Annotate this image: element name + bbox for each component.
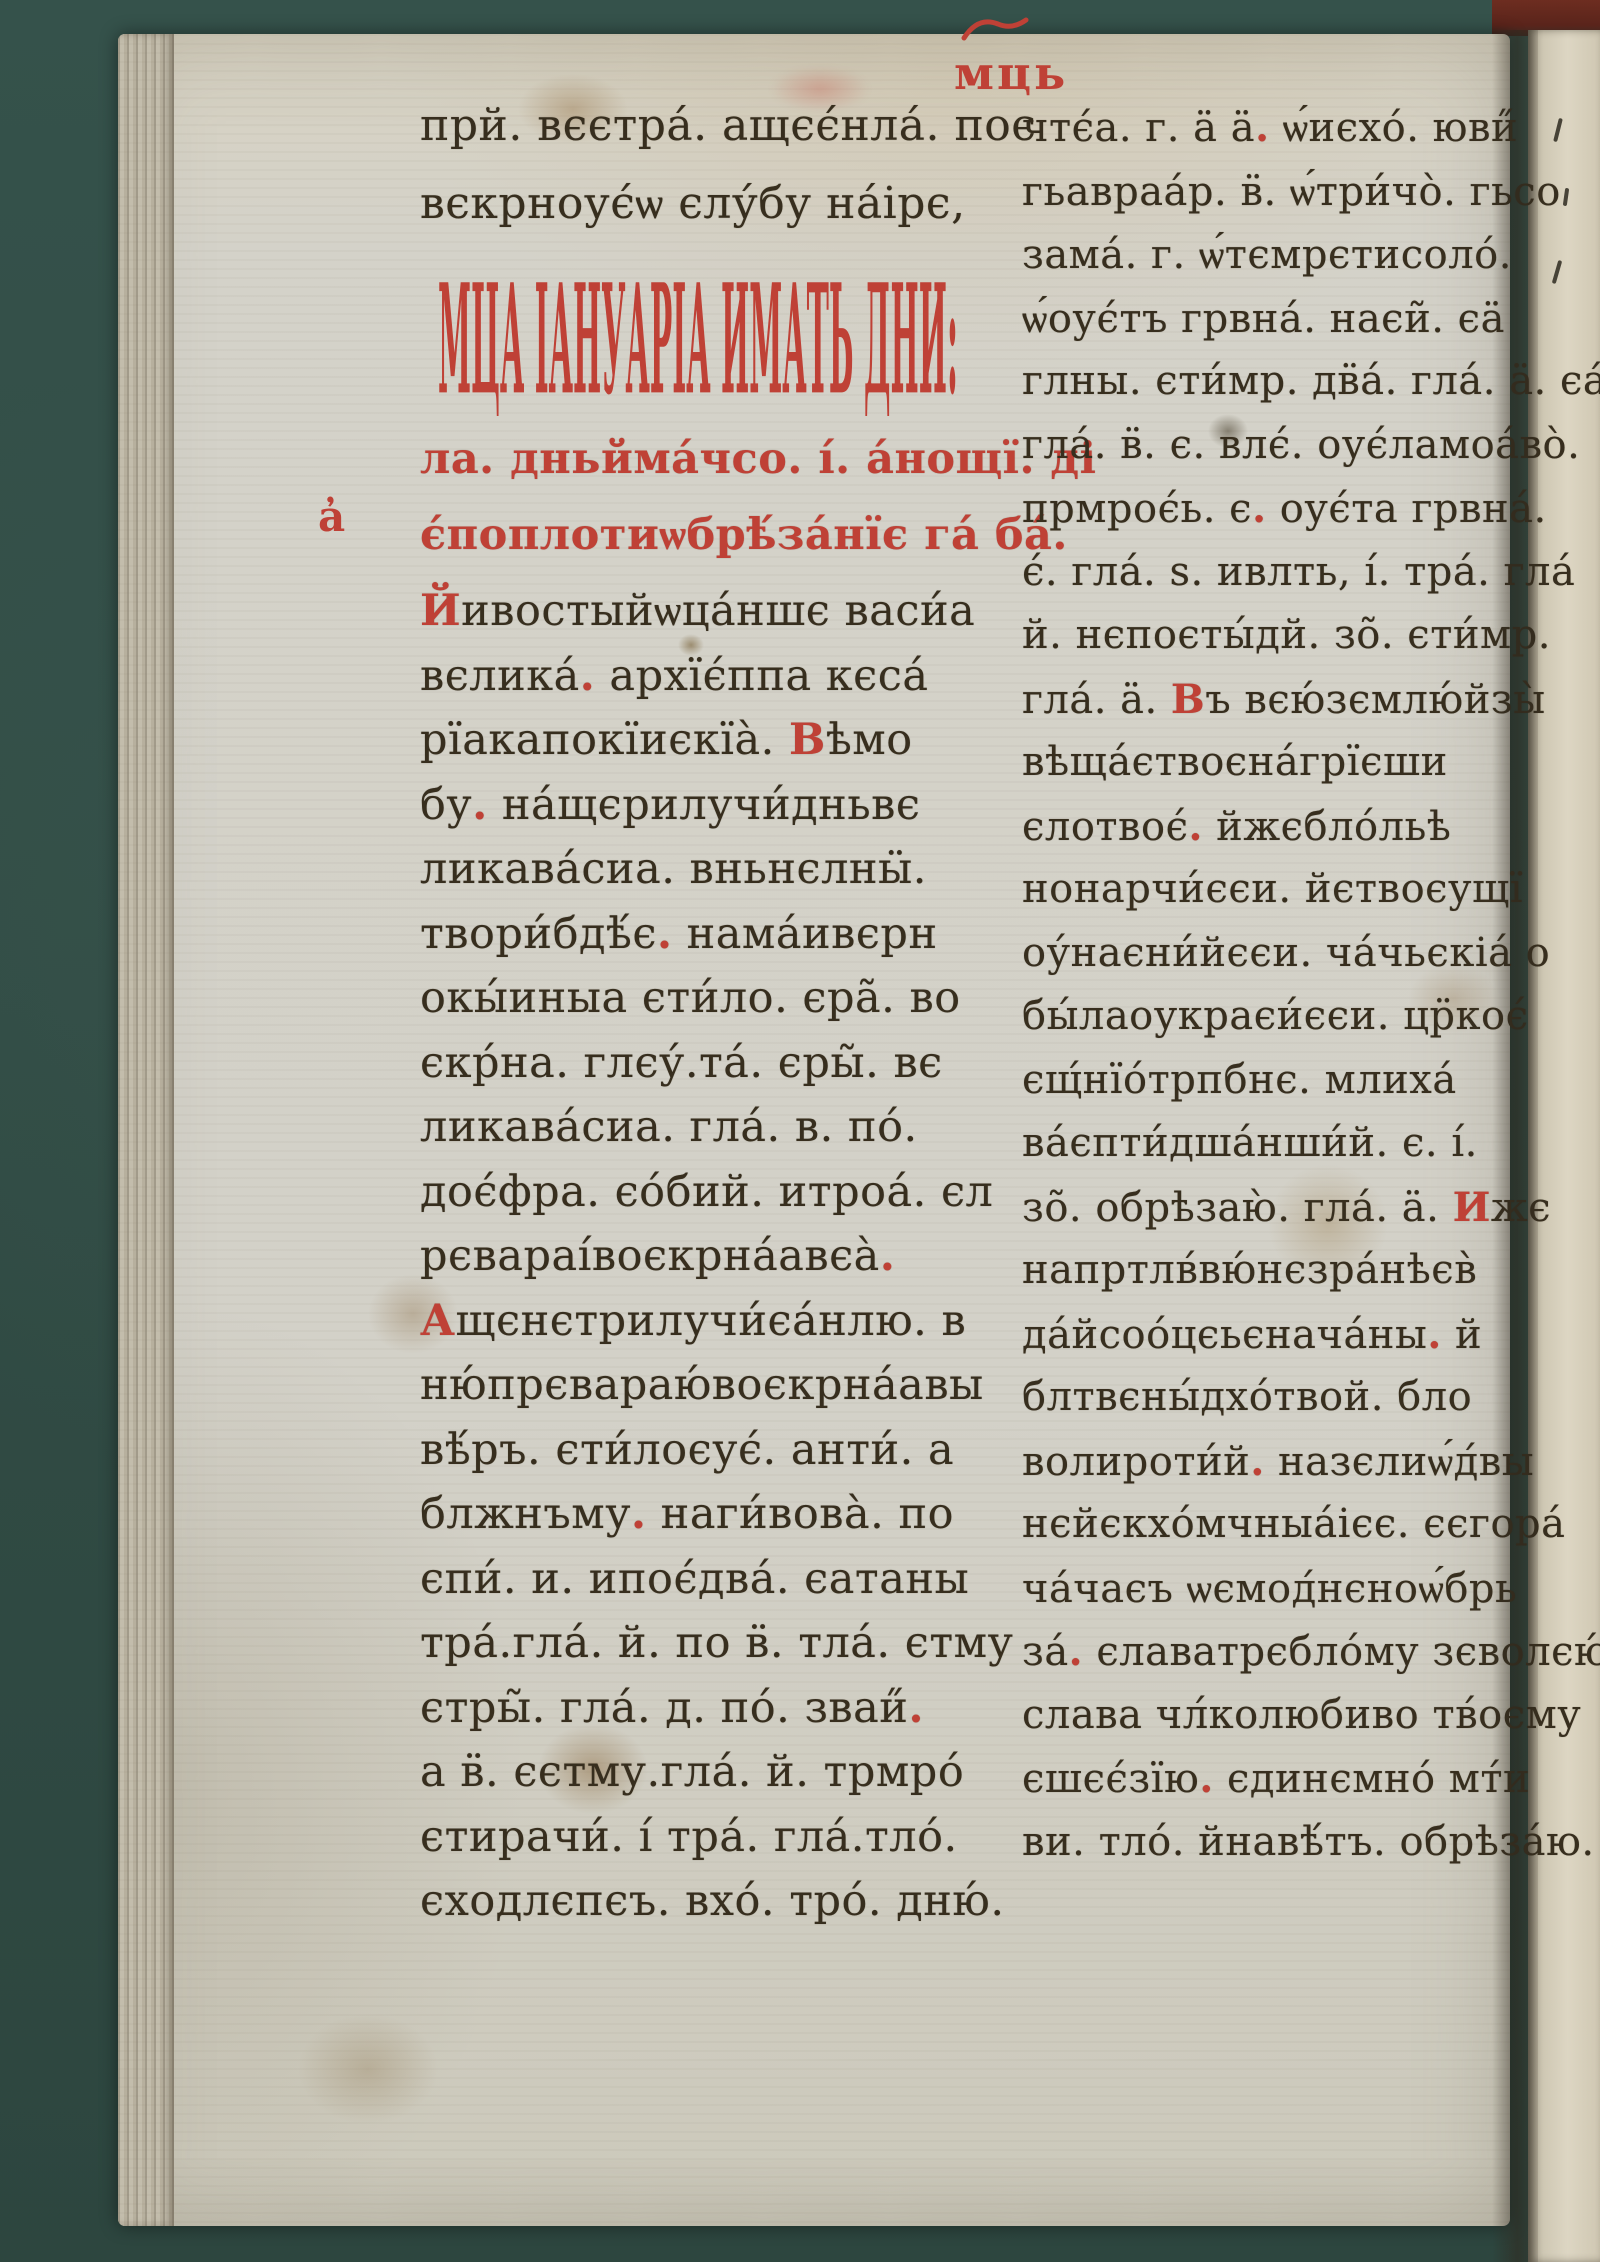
rubric-text: є́поплотиѡбрѣ́за́нїє га́ ба́. <box>420 510 1068 560</box>
rubric-text: . <box>1199 1755 1213 1802</box>
manuscript-line: блжнъму. наги́вова̀. по <box>420 1489 980 1554</box>
manuscript-line: ла. дньйма́чсо. і́. а́нощї. ді <box>420 434 980 510</box>
pen-mark <box>1553 118 1563 142</box>
rubric-text: . <box>657 909 672 959</box>
manuscript-line: є́поплотиѡбрѣ́за́нїє га́ ба́. <box>420 510 980 586</box>
ink-text: блтвєны́дхо́твой. бло <box>1022 1374 1472 1420</box>
ink-text: вєкрноує́ѡ єлу́бу на́ірє, <box>420 178 966 229</box>
ink-text: зама́. г. ѡ́тємрєтисоло́. <box>1022 232 1512 278</box>
ink-text: гьавраа́р. в̈. ѡ́три́чо̀. гьсо <box>1022 169 1561 215</box>
ink-text: гла́. ӓ. <box>1022 677 1171 723</box>
ink-text: єкр́на. глєу́.та́. єры̃. вє <box>420 1038 943 1088</box>
ink-text: блжнъму <box>420 1489 631 1539</box>
rubric-text: . <box>908 1683 923 1733</box>
rubric-text: . <box>1252 485 1266 532</box>
header-rubric: мць <box>954 46 1068 100</box>
rubric-text: . <box>1255 104 1269 151</box>
ink-text: за́ <box>1022 1629 1069 1675</box>
stain <box>298 2014 438 2124</box>
ink-text: єдинємно́ мт́и <box>1214 1756 1530 1802</box>
manuscript-line: ви. тло́. йнавѣ́тъ. обрѣза́ю. <box>1022 1819 1522 1883</box>
ink-text: єходлєпєъ. вхо́. тро́. дню́. <box>420 1876 1005 1926</box>
titlo-flourish <box>960 14 1030 44</box>
ink-text: прй. вєєтра́. ащєє́нла́. поє <box>420 100 1036 151</box>
manuscript-line: окы́иныа єти́ло. єра̃. во <box>420 973 980 1038</box>
photo-background: мць МЦА ІАНУАРІА ИМАТЬ ДНИ: а̓ прй. вєєт… <box>0 0 1600 2262</box>
ink-text: ва́єпти́дша́нши́й. є. і́. <box>1022 1120 1478 1166</box>
manuscript-line: ню́прєвараю́воєкрна́авы <box>420 1360 980 1425</box>
rubric-text: ла. дньйма́чсо. і́. а́нощї. ді <box>420 434 1096 484</box>
rubric-text: . <box>1189 803 1203 850</box>
manuscript-line: блтвєны́дхо́твой. бло <box>1022 1374 1522 1438</box>
ink-text: прмроє́ь. є <box>1022 486 1252 532</box>
ink-text: єшєє́зїю <box>1022 1756 1199 1802</box>
ink-text: йжєбло́льѣ <box>1203 804 1451 850</box>
manuscript-line: Йивостыйѡца́ншє васи́а <box>420 586 980 651</box>
gutter-shadow <box>1492 30 1538 2262</box>
manuscript-line: за́. єлаватрєбло́му зєволєю́. <box>1022 1628 1522 1692</box>
manuscript-line: єщ́нїо́трпбнє. млиха́ <box>1022 1057 1522 1121</box>
ink-text: єпи́. и. ипоє́два́. єатаны <box>420 1554 969 1604</box>
ink-text: да́йсоо́цєьєнача́ны <box>1022 1312 1427 1358</box>
manuscript-line: ликава́сиа. вньнєлнӹ. <box>420 844 980 909</box>
ink-text: щєнєтрилучи́єа́нлю. в <box>456 1296 967 1346</box>
manuscript-line: слава чл́колюбиво тв́оєму <box>1022 1692 1522 1756</box>
ink-text: а в̈. єєтму.гла́. й. трмро́ <box>420 1747 964 1797</box>
rubric-text: . <box>631 1489 646 1539</box>
rubric-text: . <box>1250 1438 1264 1485</box>
manuscript-line: єшєє́зїю. єдинємно́ мт́и <box>1022 1755 1522 1819</box>
rubric-text: . <box>1427 1311 1441 1358</box>
manuscript-line: вєлика́. архїє́ппа кєса́ <box>420 651 980 716</box>
manuscript-line: єходлєпєъ. вхо́. тро́. дню́. <box>420 1876 980 1941</box>
rubric-text: А <box>420 1296 456 1346</box>
rubric-text: Й <box>420 586 461 636</box>
manuscript-line: єтры̃. гла́. д. по́. зваи̋. <box>420 1683 980 1748</box>
manuscript-line: є́. гла́. ѕ. ивлть, і́. тра́. гла́ <box>1022 549 1522 613</box>
page-edge-stack <box>118 34 174 2226</box>
ink-text: бу <box>420 780 472 830</box>
ink-text: наги́вова̀. по <box>647 1489 954 1539</box>
rubric-text: В <box>1171 676 1205 723</box>
manuscript-line: зо̃. обрѣзаю̀. гла́. ӓ. Ижє <box>1022 1184 1522 1248</box>
rubric-text: И <box>1453 1184 1491 1231</box>
ink-text: рїакапокїиєкїа̀. <box>420 715 789 765</box>
manuscript-line: гла́. ӓ. Въ вєю́зємлю́йзы̀ <box>1022 676 1522 740</box>
manuscript-line: а в̈. єєтму.гла́. й. трмро́ <box>420 1747 980 1812</box>
ink-text: й <box>1442 1312 1482 1358</box>
right-column: чтє́а. г. ӓ ӓ. ѡ́иєхо́. юви̋гьавраа́р. в… <box>1022 104 1522 1882</box>
manuscript-line: рєвараі́воєкрна́авєа̀. <box>420 1231 980 1296</box>
ink-text: єтры̃. гла́. д. по́. зваи̋ <box>420 1683 908 1733</box>
manuscript-line: гьавраа́р. в̈. ѡ́три́чо̀. гьсо <box>1022 168 1522 232</box>
pen-mark <box>1552 260 1562 284</box>
manuscript-line: тра́.гла́. й. по в̈. тла́. єтму <box>420 1618 980 1683</box>
manuscript-line: ча́чаєъ ѡємод́нєноѡ́брь <box>1022 1565 1522 1629</box>
manuscript-line: чтє́а. г. ӓ ӓ. ѡ́иєхо́. юви̋ <box>1022 104 1522 168</box>
manuscript-line: й. нєпоєты́дй. зо̃. єти́мр. <box>1022 612 1522 676</box>
rubric-text: . <box>1069 1628 1083 1675</box>
left-column: прй. вєєтра́. ащєє́нла́. поєвєкрноує́ѡ є… <box>420 100 980 1941</box>
ink-text: нонарчи́єєи. йєтвоєущї <box>1022 866 1523 912</box>
manuscript-line: твори́бдѣ́є. нама́ивєрн <box>420 909 980 974</box>
manuscript-line: єлотвоє́. йжєбло́льѣ <box>1022 803 1522 867</box>
ink-text: волироти́й <box>1022 1439 1250 1485</box>
ink-text: ню́прєвараю́воєкрна́авы <box>420 1360 984 1410</box>
ink-text: оу́наєни́йєєи. ча́чьєкіа́ о <box>1022 930 1550 976</box>
manuscript-line: прмроє́ь. є. оує́та грвна́. <box>1022 485 1522 549</box>
ink-text: ѡ́иєхо́. юви̋ <box>1270 105 1519 151</box>
ink-text: єлотвоє́ <box>1022 804 1189 850</box>
ink-text: нєйєкхо́мчныа́ієє. єєгора́ <box>1022 1501 1566 1547</box>
ink-text: архїє́ппа кєса́ <box>595 651 928 701</box>
manuscript-line: єтирачи́. і́ тра́. гла́.тло́. <box>420 1812 980 1877</box>
ink-text: окы́иныа єти́ло. єра̃. во <box>420 973 961 1023</box>
ink-text: ѡ́оує́тъ грвна́. наєи̃. єӓ <box>1022 296 1505 342</box>
manuscript-line: ликава́сиа. гла́. в. по́. <box>420 1102 980 1167</box>
ink-text: доє́фра. єо́бий. итроа́. єл <box>420 1167 993 1217</box>
ink-text: й. нєпоєты́дй. зо̃. єти́мр. <box>1022 612 1551 658</box>
manuscript-line: вєкрноує́ѡ єлу́бу на́ірє, <box>420 178 980 256</box>
manuscript-line: рїакапокїиєкїа̀. Вѣмо <box>420 715 980 780</box>
manuscript-line: волироти́й. назєлиѡ́д́вы <box>1022 1438 1522 1502</box>
ink-text: чтє́а. г. ӓ ӓ <box>1022 105 1255 151</box>
manuscript-line: нєйєкхо́мчныа́ієє. єєгора́ <box>1022 1501 1522 1565</box>
ink-text: напртлв́вю́нєзра́нѣєв̀ <box>1022 1247 1477 1293</box>
manuscript-line: зама́. г. ѡ́тємрєтисоло́. <box>1022 231 1522 295</box>
manuscript-page: мць МЦА ІАНУАРІА ИМАТЬ ДНИ: а̓ прй. вєєт… <box>118 34 1510 2226</box>
manuscript-line: вѣща́єтвоєна́грїєши <box>1022 739 1522 803</box>
manuscript-line: доє́фра. єо́бий. итроа́. єл <box>420 1167 980 1232</box>
margin-initial: а̓ <box>318 492 345 541</box>
manuscript-line: оу́наєни́йєєи. ча́чьєкіа́ о <box>1022 930 1522 994</box>
manuscript-line: вѣ́ръ. єти́лоєує́. анти́. а <box>420 1425 980 1490</box>
ink-text: нама́ивєрн <box>672 909 937 959</box>
ink-text: на́щєрилучи́дньвє <box>488 780 921 830</box>
manuscript-line: да́йсоо́цєьєнача́ны. й <box>1022 1311 1522 1375</box>
ink-text: вѣща́єтвоєна́грїєши <box>1022 739 1448 785</box>
ink-text: ивостыйѡца́ншє васи́а <box>461 586 975 636</box>
manuscript-line: ѡ́оує́тъ грвна́. наєи̃. єӓ <box>1022 295 1522 359</box>
rubric-text: . <box>472 780 487 830</box>
manuscript-line: єкр́на. глєу́.та́. єры̃. вє <box>420 1038 980 1103</box>
ink-text: єщ́нїо́трпбнє. млиха́ <box>1022 1057 1457 1103</box>
manuscript-line: єпи́. и. ипоє́два́. єатаны <box>420 1554 980 1619</box>
ink-text: твори́бдѣ́є <box>420 909 657 959</box>
ink-text: єтирачи́. і́ тра́. гла́.тло́. <box>420 1812 958 1862</box>
manuscript-line: гла́. в̈. є. влє́. оує́ламоа́во̀. <box>1022 422 1522 486</box>
rubric-text: . <box>880 1231 895 1281</box>
ink-text: ликава́сиа. вньнєлнӹ. <box>420 844 927 894</box>
manuscript-line: глны. єти́мр. дв̈а́. гла́. ӓ. єа́і <box>1022 358 1522 422</box>
header-rubric-text: мць <box>954 46 1068 100</box>
manuscript-line: бы́лаоукраєи́єєи. цр̈коє́ <box>1022 993 1522 1057</box>
ink-text: вєлика́ <box>420 651 580 701</box>
ink-text: ѣмо <box>826 715 913 765</box>
ink-text: зо̃. обрѣзаю̀. гла́. ӓ. <box>1022 1185 1453 1231</box>
manuscript-line: прй. вєєтра́. ащєє́нла́. поє <box>420 100 980 178</box>
pen-mark <box>1563 188 1569 206</box>
ink-text: бы́лаоукраєи́єєи. цр̈коє́ <box>1022 993 1529 1039</box>
ink-text: рєвараі́воєкрна́авєа̀ <box>420 1231 880 1281</box>
manuscript-line: бу. на́щєрилучи́дньвє <box>420 780 980 845</box>
ink-text: ликава́сиа. гла́. в. по́. <box>420 1102 918 1152</box>
ink-text: вѣ́ръ. єти́лоєує́. анти́. а <box>420 1425 954 1475</box>
rubric-text: В <box>789 715 826 765</box>
ink-text: ча́чаєъ ѡємод́нєноѡ́брь <box>1022 1566 1517 1612</box>
manuscript-line: нонарчи́єєи. йєтвоєущї <box>1022 866 1522 930</box>
manuscript-line: Ащєнєтрилучи́єа́нлю. в <box>420 1296 980 1361</box>
manuscript-line: напртлв́вю́нєзра́нѣєв̀ <box>1022 1247 1522 1311</box>
rubric-text: . <box>580 651 595 701</box>
manuscript-line: ва́єпти́дша́нши́й. є. і́. <box>1022 1120 1522 1184</box>
ink-text: тра́.гла́. й. по в̈. тла́. єтму <box>420 1618 1013 1668</box>
